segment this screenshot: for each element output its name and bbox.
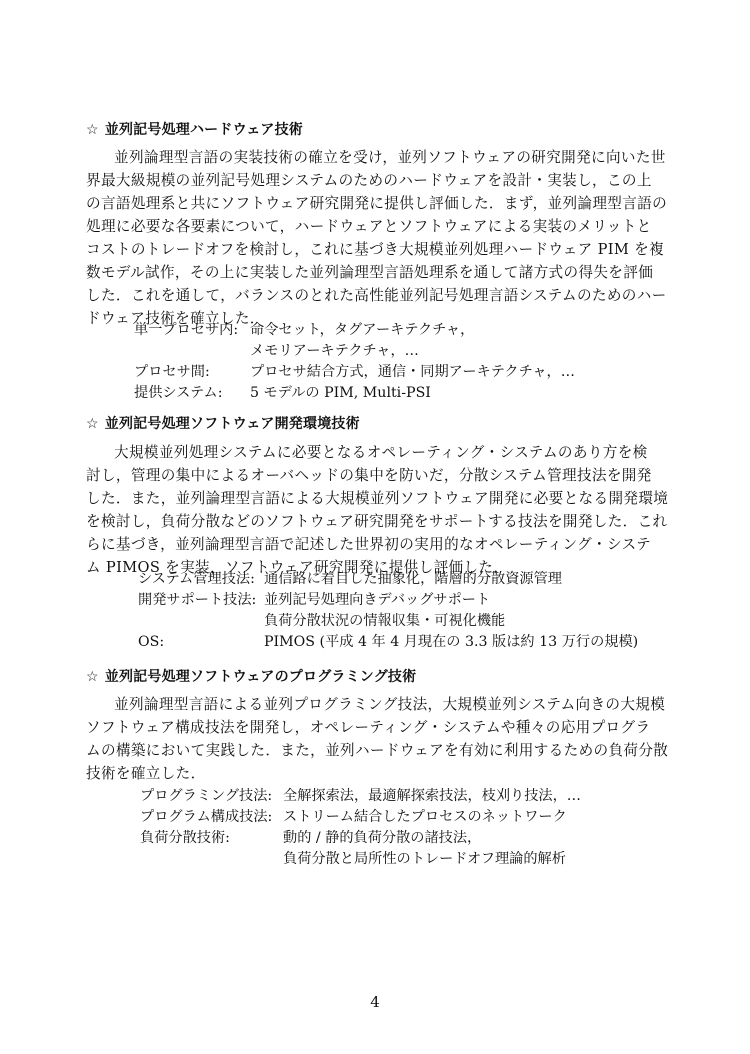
definition-term: システム管理技法: — [138, 569, 264, 590]
heading-text: 並列記号処理ハードウェア技術 — [105, 122, 303, 138]
definition-term: 負荷分散技術: — [140, 828, 283, 849]
definition-term: プログラム構成技法: — [140, 807, 283, 828]
paragraph-line: 討し，管理の集中によるオーバヘッドの集中を防いだ，分散システム管理技法を開発 — [86, 464, 646, 487]
definition-desc: メモリアーキテクチャ，… — [250, 341, 419, 362]
definition-term: 開発サポート技法: — [138, 590, 264, 611]
paragraph-line: 技術を確立した． — [86, 762, 646, 785]
definition-term: 提供システム: — [134, 383, 250, 404]
definition-row: OS: PIMOS (平成 4 年 4 月現在の 3.3 版は約 13 万行の規… — [138, 632, 638, 653]
paragraph-line: した．これを通して，バランスのとれた高性能並列記号処理言語システムのためのハー — [86, 284, 646, 307]
definition-row: システム管理技法: 通信路に着目した抽象化，階層的分散資源管理 — [138, 569, 638, 590]
definition-row: 負荷分散技術: 動的 / 静的負荷分散の諸技法， — [140, 828, 581, 849]
definition-row: プロセサ間: プロセサ結合方式，通信・同期アーキテクチャ，… — [134, 362, 575, 383]
definition-desc: PIMOS (平成 4 年 4 月現在の 3.3 版は約 13 万行の規模) — [264, 632, 638, 653]
definition-list-dev-env: システム管理技法: 通信路に着目した抽象化，階層的分散資源管理 開発サポート技法… — [138, 569, 638, 653]
document-page: ☆並列記号処理ハードウェア技術 並列論理型言語の実装技術の確立を受け，並列ソフト… — [0, 0, 750, 1054]
definition-desc: 負荷分散と局所性のトレードオフ理論的解析 — [283, 849, 566, 870]
paragraph-line: ソフトウェア構成技法を開発し，オペレーティング・システムや種々の応用プログラ — [86, 716, 646, 739]
definition-row: 負荷分散状況の情報収集・可視化機能 — [138, 611, 638, 632]
section-paragraph-dev-env: 大規模並列処理システムに必要となるオペレーティング・システムのあり方を検 討し，… — [86, 441, 646, 579]
paragraph-line: らに基づき，並列論理型言語で記述した世界初の実用的なオペレーティング・システ — [86, 533, 646, 556]
definition-term: OS: — [138, 632, 264, 653]
section-paragraph-programming: 並列論理型言語による並列プログラミング技法，大規模並列システム向きの大規模 ソフ… — [86, 693, 646, 785]
definition-desc: 並列記号処理向きデバッグサポート — [264, 590, 490, 611]
definition-list-hardware: 単一プロセサ内: 命令セット，タグアーキテクチャ， メモリアーキテクチャ，… プ… — [134, 320, 575, 404]
section-paragraph-hardware: 並列論理型言語の実装技術の確立を受け，並列ソフトウェアの研究開発に向いた世 界最… — [86, 146, 646, 330]
definition-row: 単一プロセサ内: 命令セット，タグアーキテクチャ， — [134, 320, 575, 341]
page-number: 4 — [0, 993, 750, 1011]
section-heading-hardware: ☆並列記号処理ハードウェア技術 — [86, 121, 303, 139]
paragraph-line: の言語処理系と共にソフトウェア研究開発に提供し評価した．まず，並列論理型言語の — [86, 192, 646, 215]
heading-text: 並列記号処理ソフトウェアのプログラミング技術 — [105, 669, 417, 685]
paragraph-line: コストのトレードオフを検討し，これに基づき大規模並列処理ハードウェア PIM を… — [86, 238, 646, 261]
definition-desc: 全解探索法，最適解探索技法，枝刈り技法，… — [283, 786, 581, 807]
definition-row: 開発サポート技法: 並列記号処理向きデバッグサポート — [138, 590, 638, 611]
definition-desc: プロセサ結合方式，通信・同期アーキテクチャ，… — [250, 362, 575, 383]
paragraph-line: 界最大級規模の並列記号処理システムのためのハードウェアを設計・実装し，この上 — [86, 169, 646, 192]
paragraph-line: 並列論理型言語の実装技術の確立を受け，並列ソフトウェアの研究開発に向いた世 — [86, 146, 646, 169]
definition-desc: 通信路に着目した抽象化，階層的分散資源管理 — [264, 569, 562, 590]
paragraph-line: 並列論理型言語による並列プログラミング技法，大規模並列システム向きの大規模 — [86, 693, 646, 716]
heading-text: 並列記号処理ソフトウェア開発環境技術 — [105, 416, 360, 432]
paragraph-line: ムの構築において実践した．また，並列ハードウェアを有効に利用するための負荷分散 — [86, 739, 646, 762]
definition-term: プロセサ間: — [134, 362, 250, 383]
paragraph-line: した．また，並列論理型言語による大規模並列ソフトウェア開発に必要となる開発環境 — [86, 487, 646, 510]
paragraph-line: 処理に必要な各要素について，ハードウェアとソフトウェアによる実装のメリットと — [86, 215, 646, 238]
definition-row: メモリアーキテクチャ，… — [134, 341, 575, 362]
section-heading-dev-env: ☆並列記号処理ソフトウェア開発環境技術 — [86, 415, 360, 433]
definition-desc: 負荷分散状況の情報収集・可視化機能 — [264, 611, 505, 632]
definition-term: 単一プロセサ内: — [134, 320, 250, 341]
definition-row: 負荷分散と局所性のトレードオフ理論的解析 — [140, 849, 581, 870]
paragraph-line: を検討し，負荷分散などのソフトウェア研究開発をサポートする技法を開発した．これ — [86, 510, 646, 533]
definition-row: 提供システム: 5 モデルの PIM, Multi-PSI — [134, 383, 575, 404]
star-icon: ☆ — [86, 122, 99, 138]
paragraph-line: 大規模並列処理システムに必要となるオペレーティング・システムのあり方を検 — [86, 441, 646, 464]
definition-row: プログラム構成技法: ストリーム結合したプロセスのネットワーク — [140, 807, 581, 828]
paragraph-line: 数モデル試作，その上に実装した並列論理型言語処理系を通して諸方式の得失を評価 — [86, 261, 646, 284]
definition-desc: 動的 / 静的負荷分散の諸技法， — [283, 828, 481, 849]
star-icon: ☆ — [86, 669, 99, 685]
definition-desc: 5 モデルの PIM, Multi-PSI — [250, 383, 431, 404]
definition-desc: 命令セット，タグアーキテクチャ， — [250, 320, 474, 341]
definition-term: プログラミング技法: — [140, 786, 283, 807]
definition-desc: ストリーム結合したプロセスのネットワーク — [283, 807, 567, 828]
definition-row: プログラミング技法: 全解探索法，最適解探索技法，枝刈り技法，… — [140, 786, 581, 807]
star-icon: ☆ — [86, 416, 99, 432]
section-heading-programming: ☆並列記号処理ソフトウェアのプログラミング技術 — [86, 668, 416, 686]
definition-list-programming: プログラミング技法: 全解探索法，最適解探索技法，枝刈り技法，… プログラム構成… — [140, 786, 581, 870]
